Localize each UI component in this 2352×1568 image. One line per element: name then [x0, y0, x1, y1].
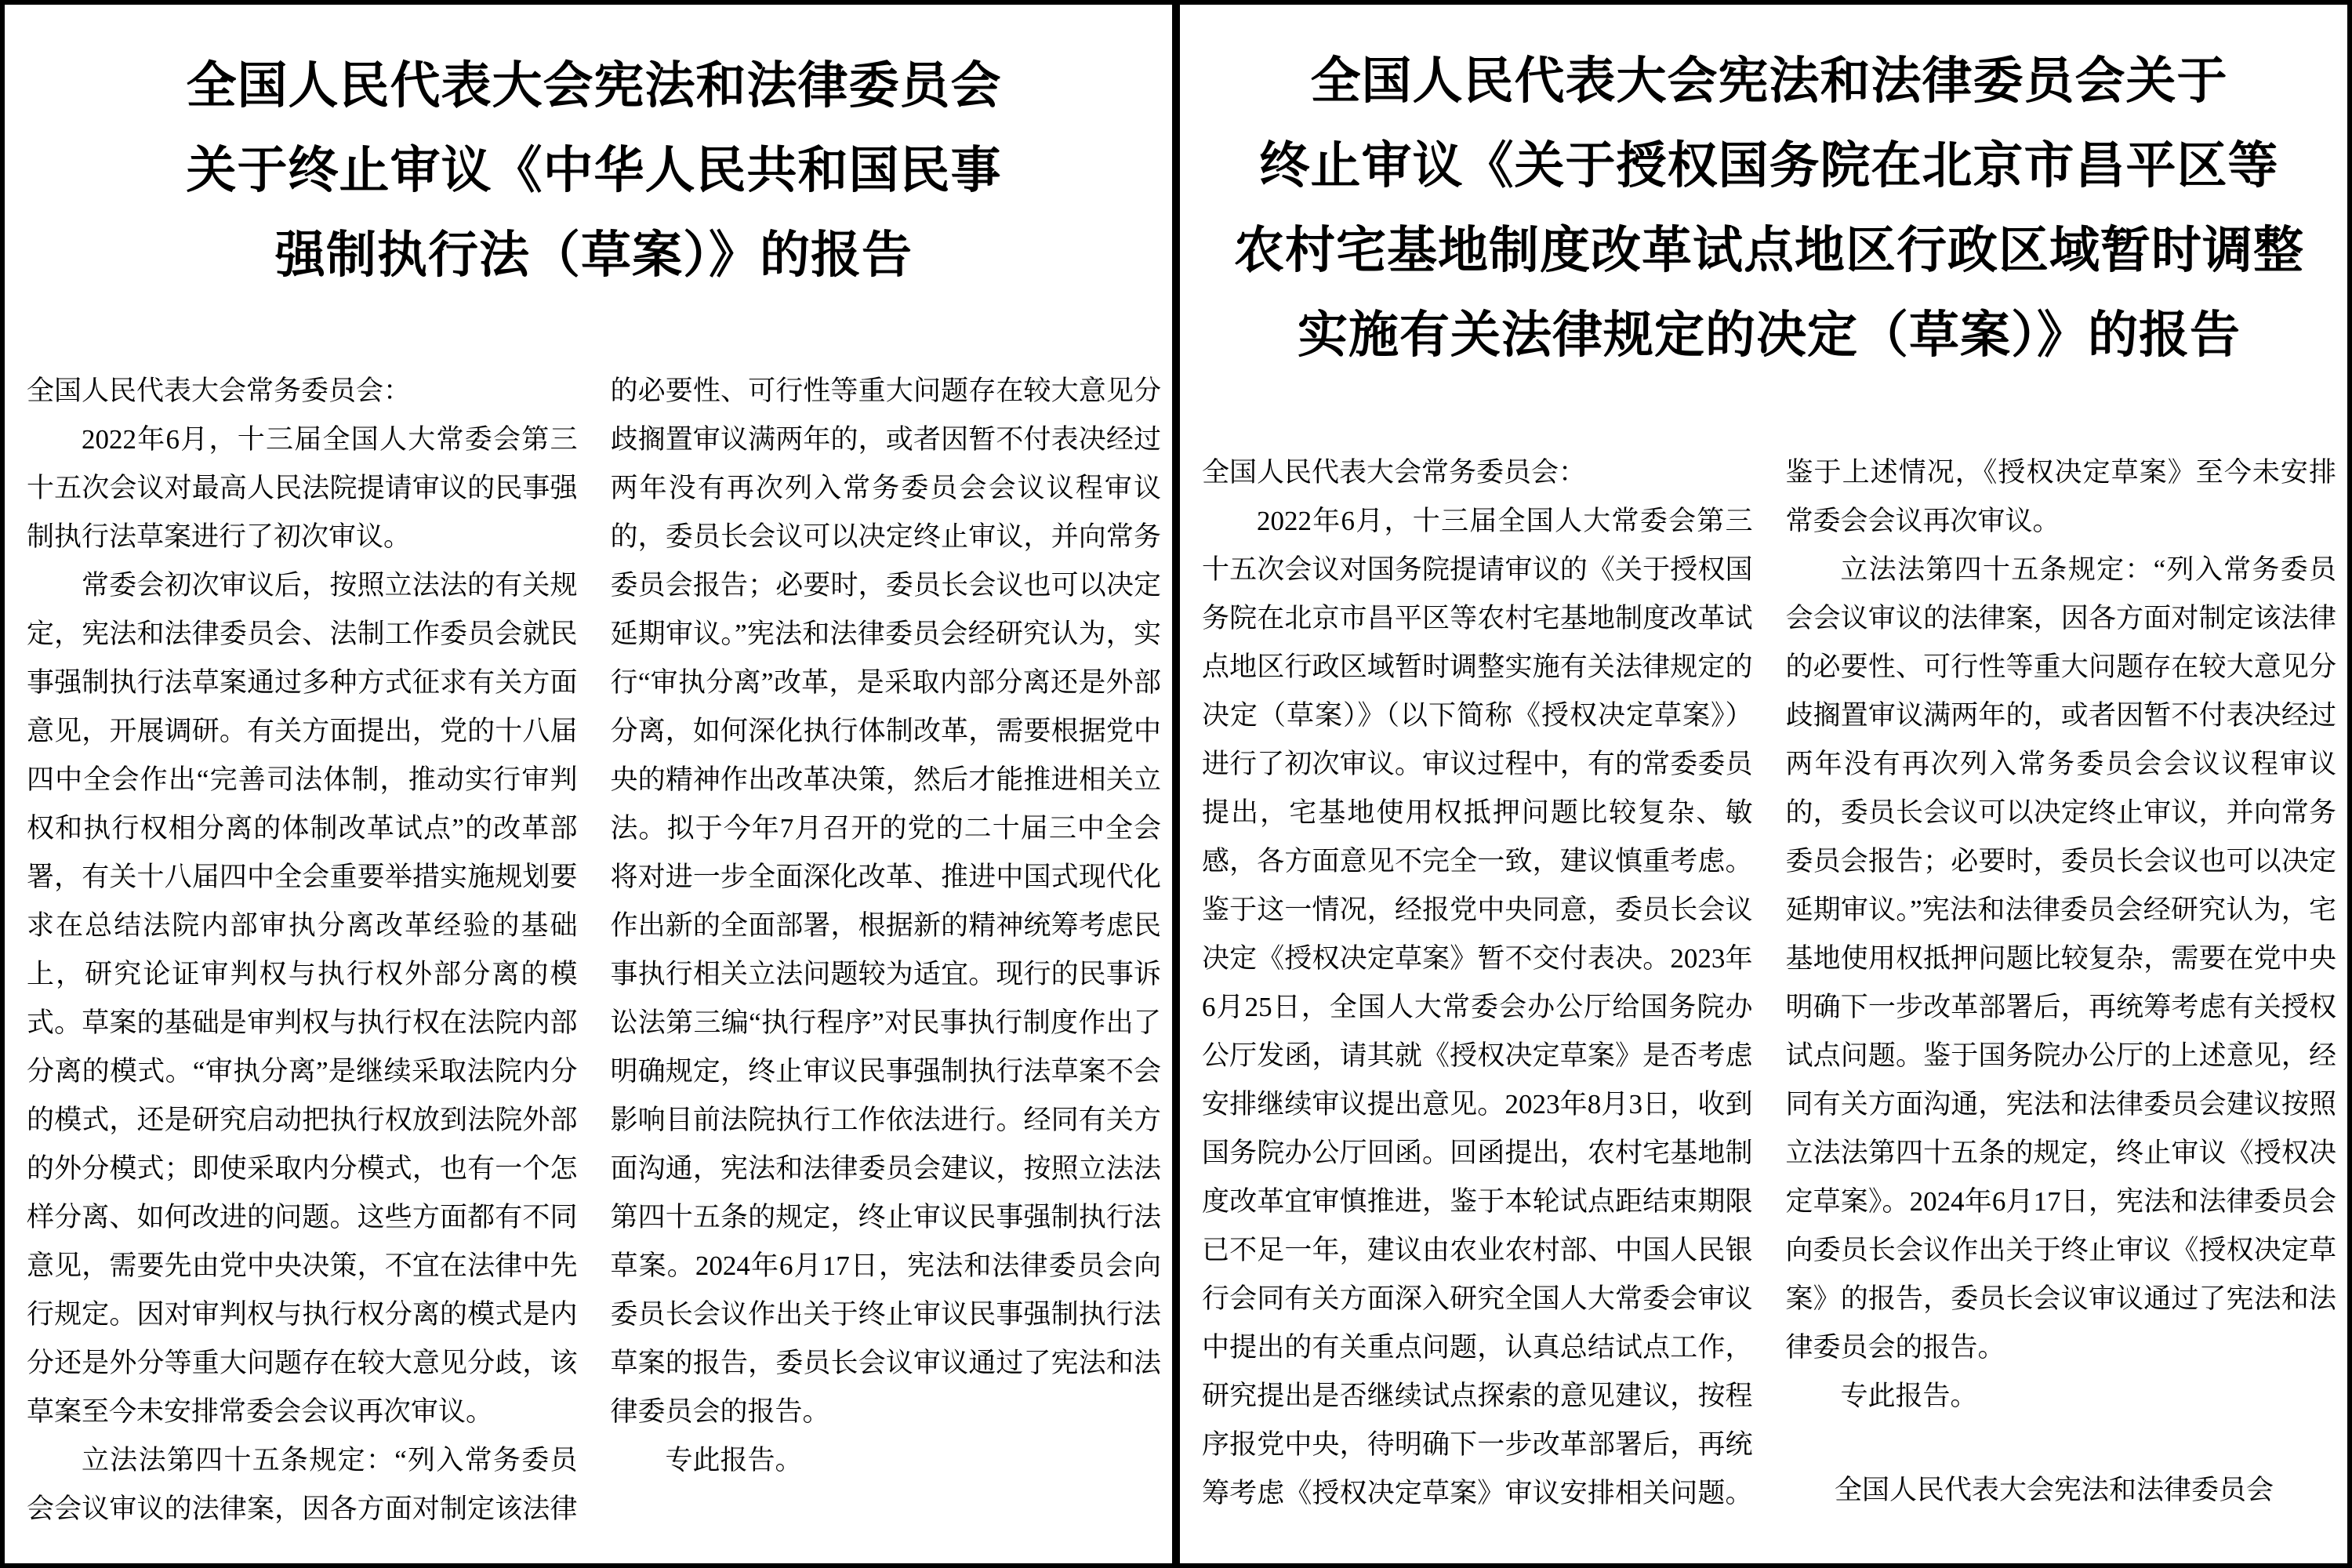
document-sheet: 全国人民代表大会宪法和法律委员会 关于终止审议《中华人民共和国民事 强制执行法（…: [0, 0, 2352, 1568]
body-paragraph: 2022年6月，十三届全国人大常委会第三十五次会议对最高人民法院提请审议的民事强…: [27, 416, 578, 561]
closing-line: 专此报告。: [611, 1436, 1162, 1485]
signature-line: 全国人民代表大会宪法和法律委员会: [1786, 1466, 2337, 1515]
page-right: 全国人民代表大会宪法和法律委员会关于 终止审议《关于授权国务院在北京市昌平区等 …: [1180, 5, 2347, 1563]
title-line: 全国人民代表大会宪法和法律委员会: [27, 44, 1161, 129]
title-line: 终止审议《关于授权国务院在北京市昌平区等: [1202, 124, 2336, 209]
salutation: 全国人民代表大会常务委员会：: [1202, 448, 1753, 497]
page-right-title: 全国人民代表大会宪法和法律委员会关于 终止审议《关于授权国务院在北京市昌平区等 …: [1202, 5, 2336, 378]
page-left-title: 全国人民代表大会宪法和法律委员会 关于终止审议《中华人民共和国民事 强制执行法（…: [27, 5, 1161, 298]
page-divider: [1172, 5, 1180, 1563]
title-line: 全国人民代表大会宪法和法律委员会关于: [1202, 39, 2336, 124]
page-left: 全国人民代表大会宪法和法律委员会 关于终止审议《中华人民共和国民事 强制执行法（…: [5, 5, 1172, 1563]
page-right-body: 全国人民代表大会常务委员会： 2022年6月，十三届全国人大常委会第三十五次会议…: [1202, 448, 2336, 1534]
title-line: 农村宅基地制度改革试点地区行政区域暂时调整: [1202, 209, 2336, 293]
body-paragraph: 立法法第四十五条规定：“列入常务委员会会议审议的法律案，因各方面对制定该法律的必…: [1786, 546, 2337, 1372]
closing-line: 专此报告。: [1786, 1372, 2337, 1421]
title-line: 实施有关法律规定的决定（草案）》的报告: [1202, 293, 2336, 378]
title-line: 关于终止审议《中华人民共和国民事: [27, 129, 1161, 213]
title-line: 强制执行法（草案）》的报告: [27, 213, 1161, 298]
page-left-body: 全国人民代表大会常务委员会： 2022年6月，十三届全国人大常委会第三十五次会议…: [27, 367, 1161, 1534]
body-paragraph: 常委会初次审议后，按照立法法的有关规定，宪法和法律委员会、法制工作委员会就民事强…: [27, 561, 578, 1436]
salutation: 全国人民代表大会常务委员会：: [27, 367, 578, 416]
